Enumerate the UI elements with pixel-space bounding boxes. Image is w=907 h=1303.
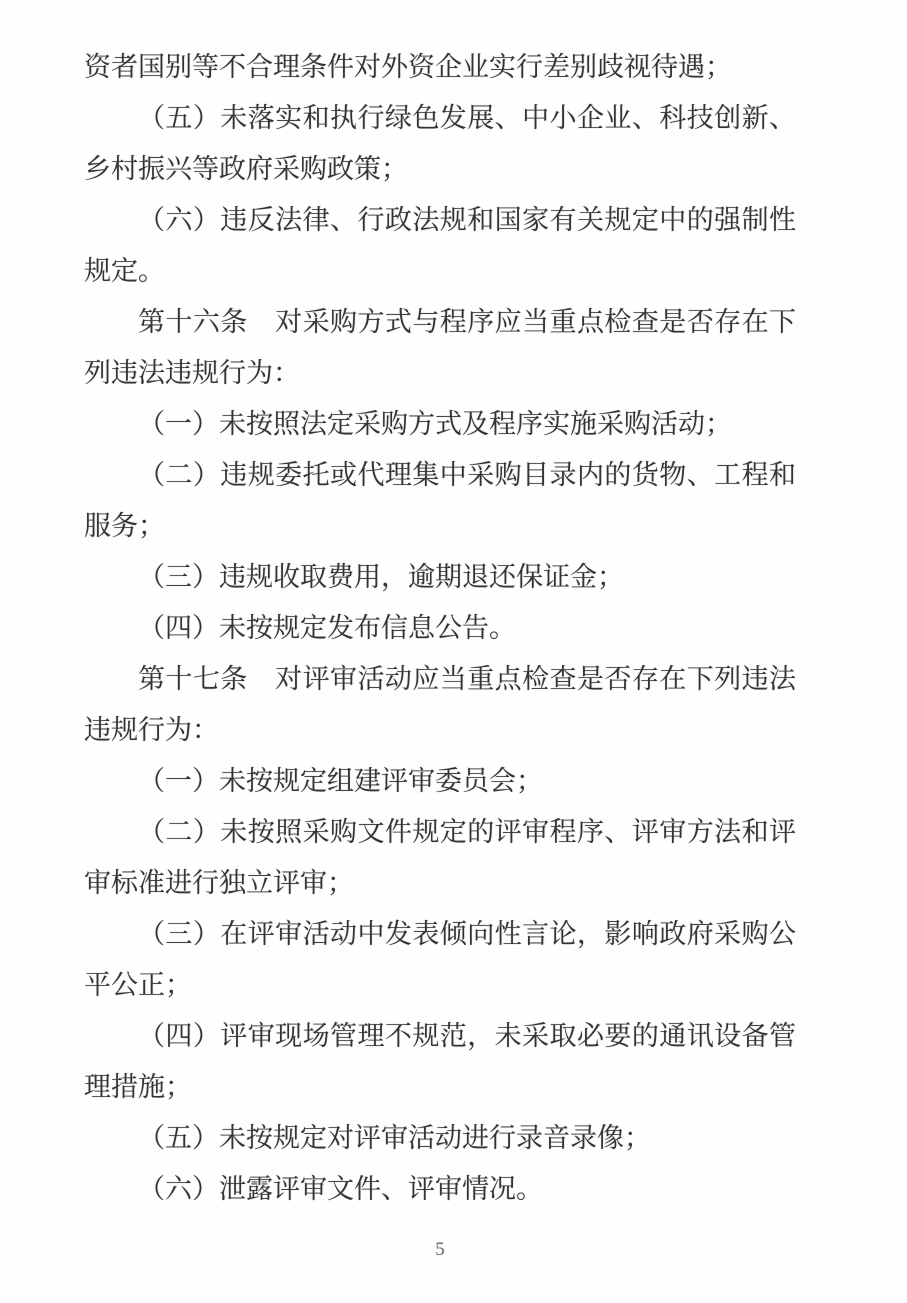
page-number: 5 <box>84 1236 796 1264</box>
text-line: （六）泄露评审文件、评审情况。 <box>84 1164 796 1215</box>
text-line: （五）未按规定对评审活动进行录音录像； <box>84 1113 796 1164</box>
text-line: （一）未按照法定采购方式及程序实施采购活动； <box>84 399 796 450</box>
text-line: 乡村振兴等政府采购政策； <box>84 144 796 195</box>
text-line: 服务； <box>84 501 796 552</box>
text-line: 平公正； <box>84 960 796 1011</box>
text-line: （三）在评审活动中发表倾向性言论，影响政府采购公 <box>84 909 796 960</box>
text-line: （六）违反法律、行政法规和国家有关规定中的强制性 <box>84 195 796 246</box>
text-line: 第十六条 对采购方式与程序应当重点检查是否存在下 <box>84 297 796 348</box>
text-line: （四）未按规定发布信息公告。 <box>84 603 796 654</box>
text-line: 列违法违规行为： <box>84 348 796 399</box>
text-line: （五）未落实和执行绿色发展、中小企业、科技创新、 <box>84 93 796 144</box>
text-line: 规定。 <box>84 246 796 297</box>
text-line: 第十七条 对评审活动应当重点检查是否存在下列违法 <box>84 654 796 705</box>
document-page: 资者国别等不合理条件对外资企业实行差别歧视待遇； （五）未落实和执行绿色发展、中… <box>0 0 907 1303</box>
document-text-block: 资者国别等不合理条件对外资企业实行差别歧视待遇； （五）未落实和执行绿色发展、中… <box>84 42 796 1215</box>
text-line: （二）未按照采购文件规定的评审程序、评审方法和评 <box>84 807 796 858</box>
text-line: 资者国别等不合理条件对外资企业实行差别歧视待遇； <box>84 42 796 93</box>
text-line: （四）评审现场管理不规范，未采取必要的通讯设备管 <box>84 1011 796 1062</box>
text-line: 理措施； <box>84 1062 796 1113</box>
text-line: （二）违规委托或代理集中采购目录内的货物、工程和 <box>84 450 796 501</box>
text-line: 审标准进行独立评审； <box>84 858 796 909</box>
text-line: （三）违规收取费用，逾期退还保证金； <box>84 552 796 603</box>
text-line: 违规行为： <box>84 705 796 756</box>
text-line: （一）未按规定组建评审委员会； <box>84 756 796 807</box>
